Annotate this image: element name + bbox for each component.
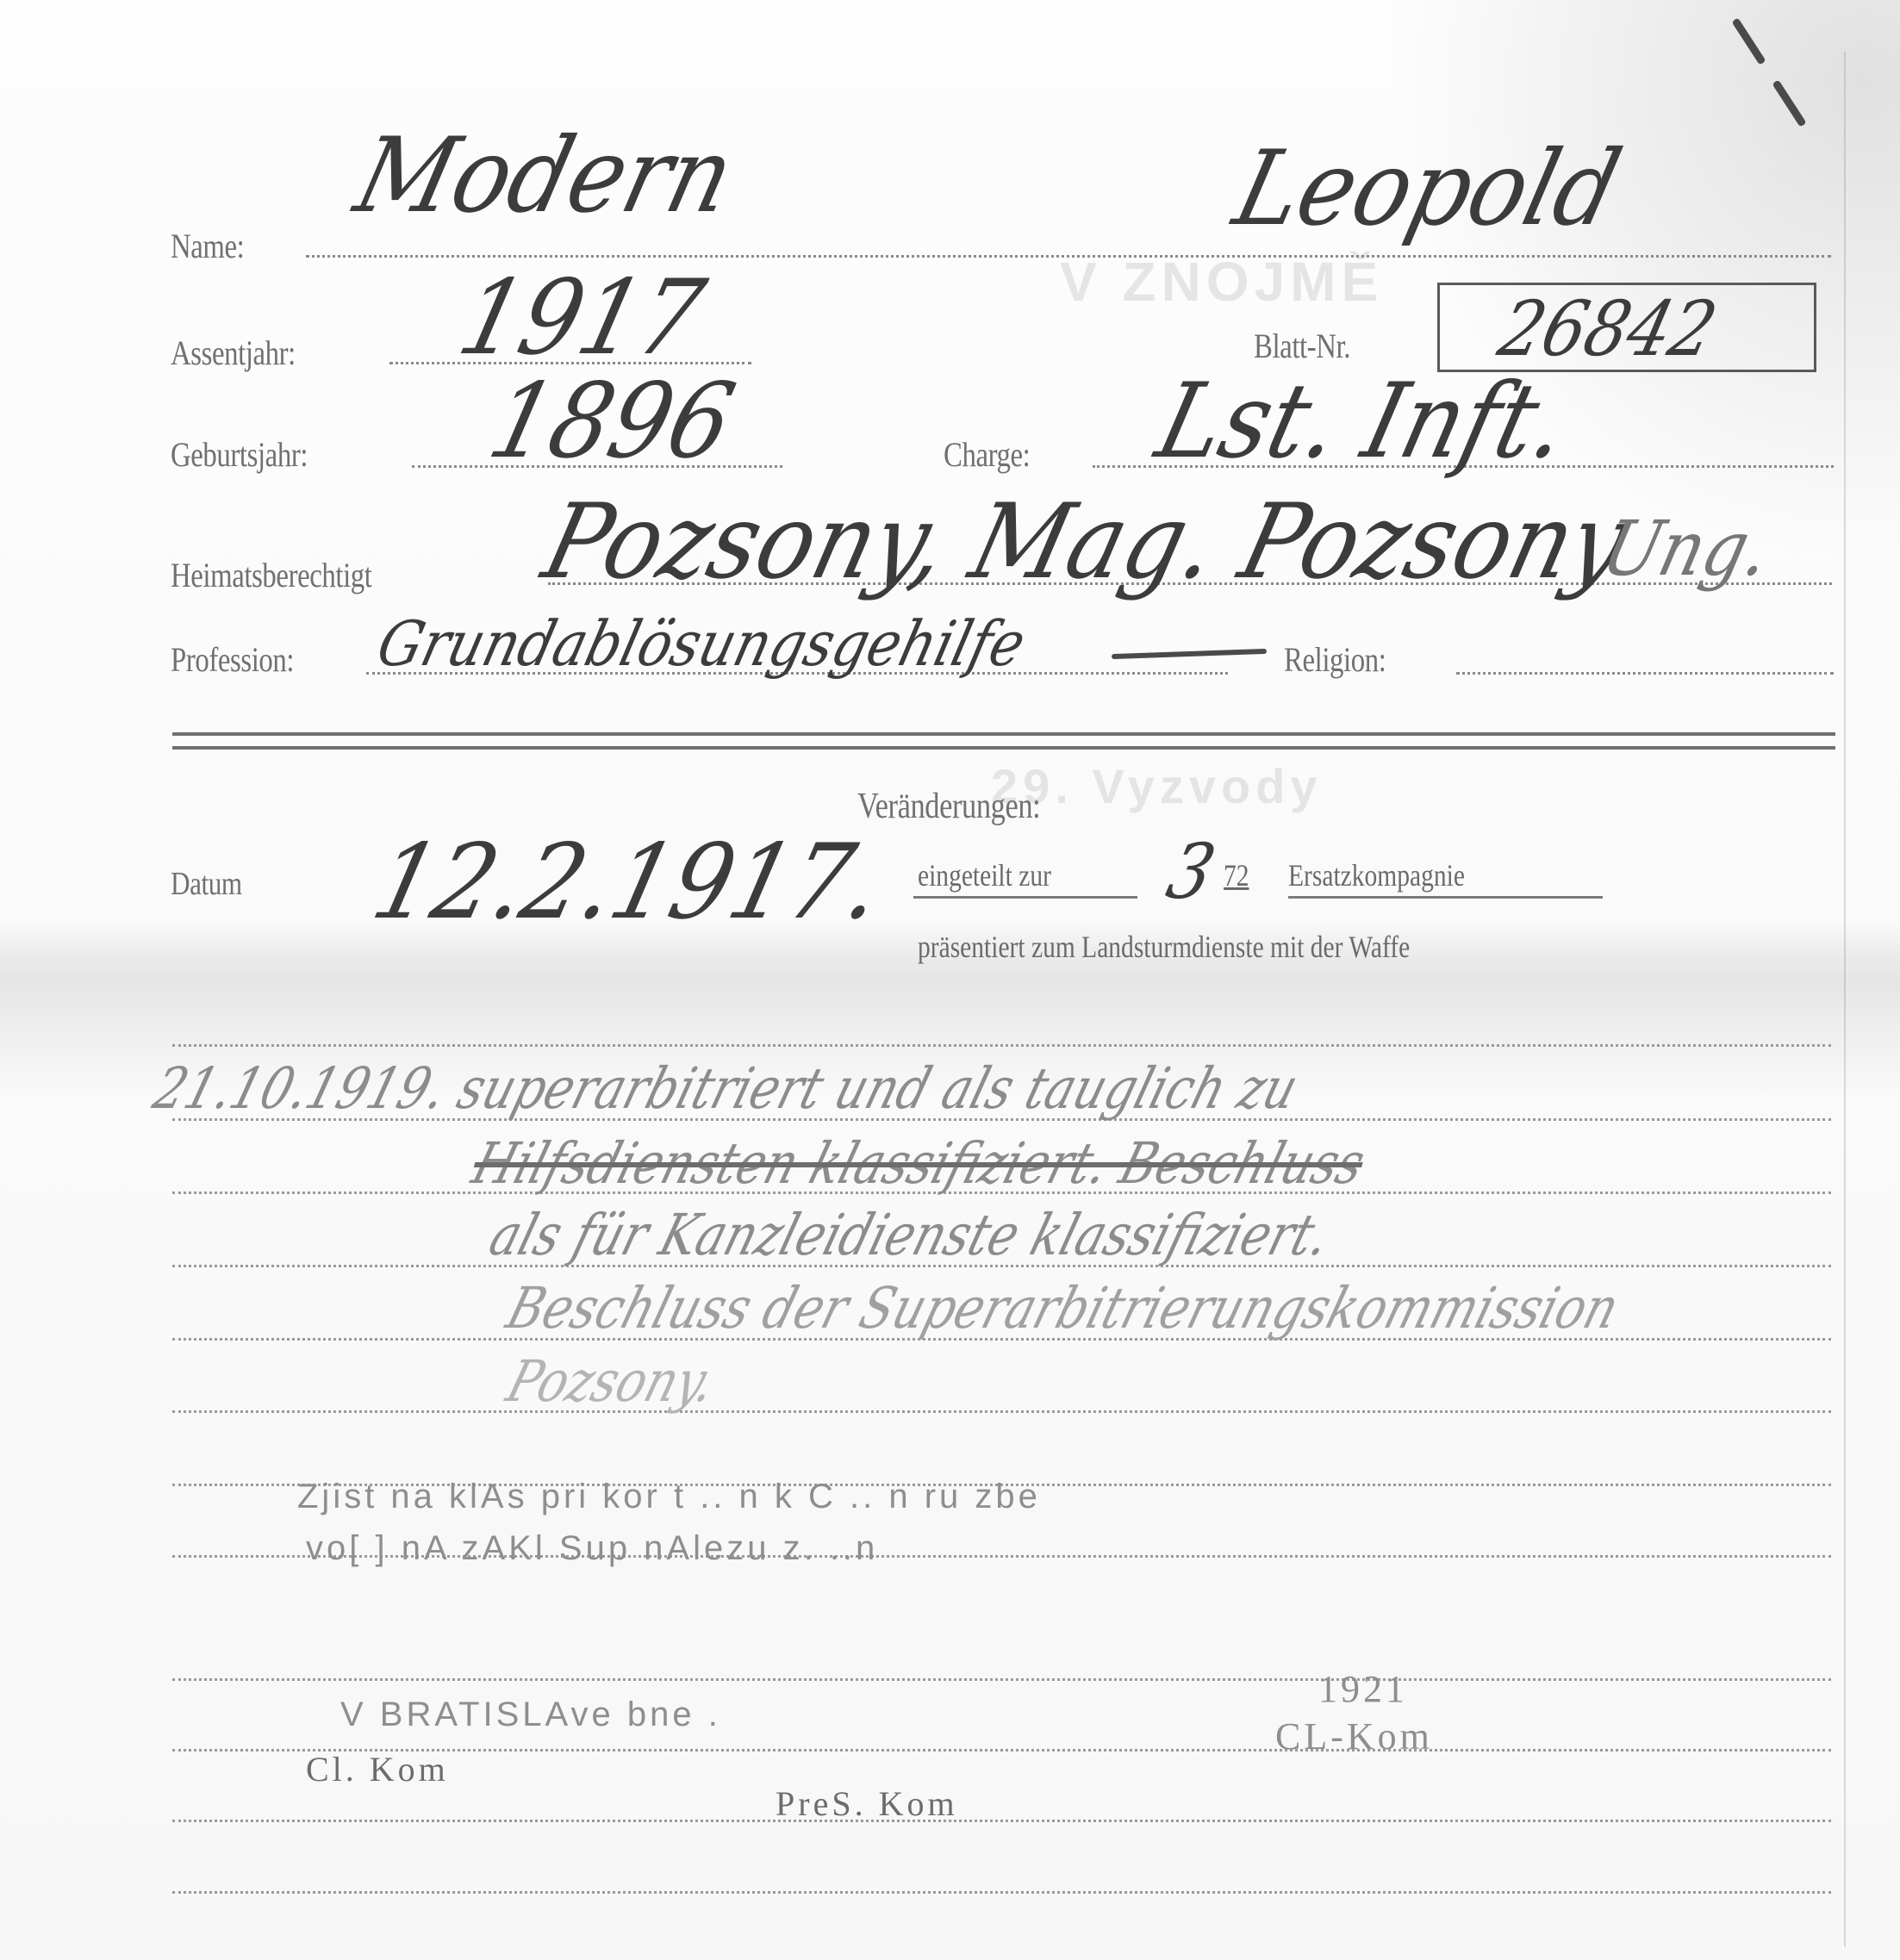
section-divider <box>172 732 1835 750</box>
blatt-nr-value: 26842 <box>1491 284 1725 373</box>
assentjahr-value: 1917 <box>448 258 715 378</box>
datum-label: Datum <box>171 865 242 903</box>
assentjahr-label: Assentjahr: <box>171 333 296 373</box>
pres-kom-stamp: PreS. Kom <box>776 1783 958 1824</box>
classification-stamp-line-1: Zjist na klAs pri kor t .. n k C .. n ru… <box>297 1478 1041 1516</box>
cl-kom-stamp-left: Cl. Kom <box>306 1749 449 1789</box>
place-stamp: V BRATISLAve bne . <box>340 1696 721 1734</box>
paper-edge-crease <box>1844 52 1846 1947</box>
ersatz-label: Ersatzkompagnie <box>1288 857 1465 893</box>
note-line <box>172 1410 1831 1413</box>
regiment-number: 72 <box>1224 857 1249 893</box>
note-line-5: Pozsony. <box>500 1348 723 1415</box>
bleed-through-text: 29. Vyzvody <box>991 758 1323 814</box>
praesentiert-text: präsentiert zum Landsturmdienste mit der… <box>918 929 1410 965</box>
note-line-1: 21.10.1919. superarbitriert und als taug… <box>146 1055 1305 1122</box>
heimatsberechtigt-label: Heimatsberechtigt <box>171 555 371 595</box>
charge-value: Lst. Inft. <box>1146 362 1580 482</box>
religion-line <box>1456 672 1834 675</box>
note-line <box>172 1891 1831 1894</box>
profession-value: Grundablösungsgehilfe <box>371 607 1032 680</box>
note-line-3: als für Kanzleidienste klassifiziert. <box>483 1202 1337 1268</box>
surname-value: Modern <box>345 116 745 236</box>
geburtsjahr-value: 1896 <box>478 362 745 482</box>
datum-value: 12.2.1917. <box>362 823 895 943</box>
heimatsberechtigt-value: Pozsony, Mag. Pozsony <box>533 482 1639 602</box>
note-line-2: Hilfsdiensten klassifiziert. Beschluss <box>465 1130 1372 1197</box>
note-line <box>172 1044 1831 1047</box>
year-stamp: 1921 <box>1318 1667 1408 1711</box>
charge-label: Charge: <box>944 434 1030 475</box>
changes-heading: Veränderungen: <box>857 786 1040 827</box>
given-name-value: Leopold <box>1224 129 1631 249</box>
blatt-nr-label: Blatt-Nr. <box>1254 326 1350 366</box>
name-line <box>306 255 1831 258</box>
bleed-through-text: V ZNOJMĚ <box>1060 250 1383 314</box>
heimatsberechtigt-suffix: Ung. <box>1594 504 1779 593</box>
profession-label: Profession: <box>171 639 294 680</box>
note-line-4: Beschluss der Superarbitrierungskommissi… <box>500 1275 1626 1341</box>
cl-kom-stamp-right: CL-Kom <box>1275 1714 1433 1758</box>
classification-stamp-line-2: vo[ ] nA zAKl Sup nAlezu z. ..n <box>306 1529 878 1568</box>
eingeteilt-underline <box>913 896 1137 899</box>
ersatz-underline <box>1288 896 1603 899</box>
note-line <box>172 1820 1831 1822</box>
religion-label: Religion: <box>1284 639 1386 680</box>
note-line <box>172 1678 1831 1681</box>
eingeteilt-label: eingeteilt zur <box>918 857 1051 893</box>
geburtsjahr-label: Geburtsjahr: <box>171 434 308 475</box>
name-label: Name: <box>171 226 244 266</box>
